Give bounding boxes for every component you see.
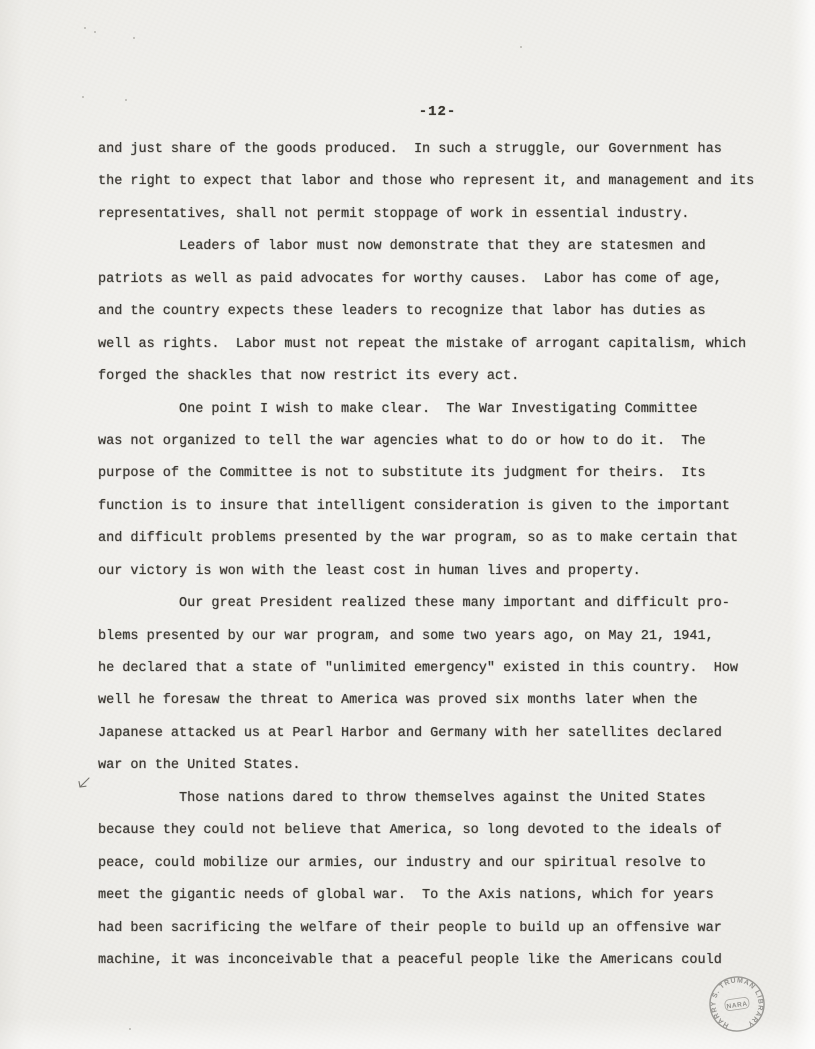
text-line: because they could not believe that Amer…: [98, 815, 766, 847]
text-line: well he foresaw the threat to America wa…: [98, 685, 766, 717]
text-line: he declared that a state of "unlimited e…: [98, 653, 766, 685]
text-line: purpose of the Committee is not to subst…: [98, 458, 766, 490]
text-line: the right to expect that labor and those…: [98, 166, 766, 198]
paper-speck: [520, 46, 522, 48]
truman-library-nara-stamp: HARRY S. TRUMAN LIBRARY NARA: [696, 963, 777, 1044]
text-line: blems presented by our war program, and …: [98, 621, 766, 653]
paper-speck: [94, 31, 96, 33]
pencil-checkmark-icon: [75, 775, 93, 793]
paper-speck: [84, 27, 86, 29]
text-line: our victory is won with the least cost i…: [98, 556, 766, 588]
text-line: well as rights. Labor must not repeat th…: [98, 329, 766, 361]
paper-speck: [125, 99, 127, 101]
page-number: -12-: [0, 104, 815, 120]
text-line: Japanese attacked us at Pearl Harbor and…: [98, 718, 766, 750]
text-block: and just share of the goods produced. In…: [98, 134, 766, 977]
paper-speck: [133, 37, 135, 39]
stamp-center-text: NARA: [726, 1001, 748, 1011]
text-line: One point I wish to make clear. The War …: [98, 394, 766, 426]
paper-speck: [129, 1028, 131, 1030]
text-line: representatives, shall not permit stoppa…: [98, 199, 766, 231]
text-line: Our great President realized these many …: [98, 588, 766, 620]
text-line: war on the United States.: [98, 750, 766, 782]
paper-speck: [82, 96, 84, 98]
scanned-document-page: { "page": { "number": "-12-" }, "documen…: [0, 0, 815, 1049]
text-line: meet the gigantic needs of global war. T…: [98, 880, 766, 912]
text-line: and difficult problems presented by the …: [98, 523, 766, 555]
text-line: patriots as well as paid advocates for w…: [98, 264, 766, 296]
text-line: peace, could mobilize our armies, our in…: [98, 848, 766, 880]
text-line: Leaders of labor must now demonstrate th…: [98, 231, 766, 263]
text-line: was not organized to tell the war agenci…: [98, 426, 766, 458]
text-line: had been sacrificing the welfare of thei…: [98, 913, 766, 945]
text-line: and the country expects these leaders to…: [98, 296, 766, 328]
text-line: machine, it was inconceivable that a pea…: [98, 945, 766, 977]
text-line: Those nations dared to throw themselves …: [98, 783, 766, 815]
text-line: forged the shackles that now restrict it…: [98, 361, 766, 393]
text-line: function is to insure that intelligent c…: [98, 491, 766, 523]
text-line: and just share of the goods produced. In…: [98, 134, 766, 166]
